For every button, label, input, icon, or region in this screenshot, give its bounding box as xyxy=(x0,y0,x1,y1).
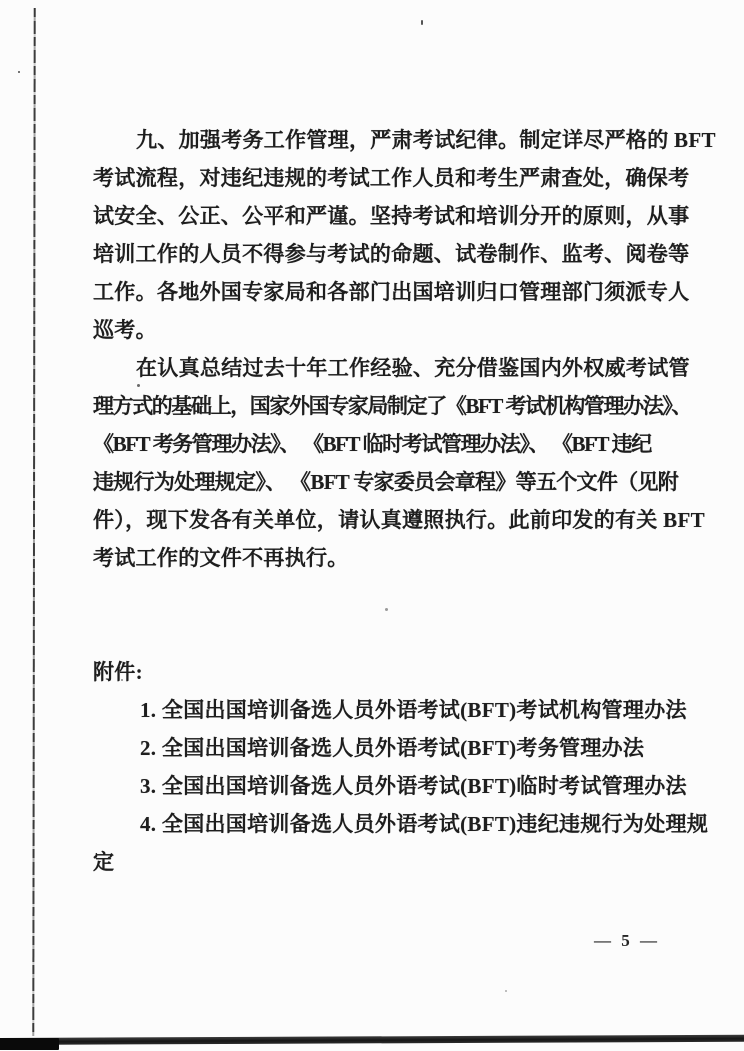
paragraph-line: 培训工作的人员不得参与考试的命题、试卷制作、监考、阅卷等 xyxy=(93,235,705,273)
scan-speck xyxy=(505,990,507,992)
paragraph-line: 违规行为处理规定》、 《BFT 专家委员会章程》等五个文件（见附 xyxy=(93,463,705,501)
scan-bottom-corner xyxy=(0,1038,59,1050)
paragraph-line: 考试流程，对违纪违规的考试工作人员和考生严肃查处，确保考 xyxy=(93,159,705,197)
attachments-label: 附件: xyxy=(93,653,705,691)
scan-bottom-edge xyxy=(0,1035,744,1045)
page-number: — 5 — xyxy=(594,931,660,951)
scan-edge-line xyxy=(32,8,35,1036)
attachment-item-continuation: 定 xyxy=(93,843,705,881)
scan-speck xyxy=(18,71,20,73)
paragraph-line: 考试工作的文件不再执行。 xyxy=(93,539,705,577)
attachment-item: 4. 全国出国培训备选人员外语考试(BFT)违纪违规行为处理规 xyxy=(93,805,705,843)
attachment-item: 3. 全国出国培训备选人员外语考试(BFT)临时考试管理办法 xyxy=(93,767,705,805)
document-body: 九、加强考务工作管理，严肃考试纪律。制定详尽严格的 BFT 考试流程，对违纪违规… xyxy=(93,121,705,881)
paragraph-line: 九、加强考务工作管理，严肃考试纪律。制定详尽严格的 BFT xyxy=(93,121,705,159)
paragraph-line: 在认真总结过去十年工作经验、充分借鉴国内外权威考试管 xyxy=(93,349,705,387)
attachment-item: 1. 全国出国培训备选人员外语考试(BFT)考试机构管理办法 xyxy=(93,691,705,729)
attachment-item: 2. 全国出国培训备选人员外语考试(BFT)考务管理办法 xyxy=(93,729,705,767)
scanned-document-page: 九、加强考务工作管理，严肃考试纪律。制定详尽严格的 BFT 考试流程，对违纪违规… xyxy=(0,0,744,1051)
paragraph-line: 理方式的基础上，国家外国专家局制定了《BFT 考试机构管理办法》、 xyxy=(93,387,705,425)
paragraph-regulations-issued: 在认真总结过去十年工作经验、充分借鉴国内外权威考试管 理方式的基础上，国家外国专… xyxy=(93,349,705,577)
paragraph-line: 巡考。 xyxy=(93,311,705,349)
paragraph-line: 试安全、公正、公平和严谨。坚持考试和培训分开的原则，从事 xyxy=(93,197,705,235)
attachments-section: 附件: 1. 全国出国培训备选人员外语考试(BFT)考试机构管理办法 2. 全国… xyxy=(93,653,705,881)
paragraph-exam-discipline: 九、加强考务工作管理，严肃考试纪律。制定详尽严格的 BFT 考试流程，对违纪违规… xyxy=(93,121,705,349)
paragraph-line: 工作。各地外国专家局和各部门出国培训归口管理部门须派专人 xyxy=(93,273,705,311)
scan-speck xyxy=(421,20,423,25)
paragraph-line: 件），现下发各有关单位，请认真遵照执行。此前印发的有关 BFT xyxy=(93,501,705,539)
paragraph-line: 《BFT 考务管理办法》、 《BFT 临时考试管理办法》、 《BFT 违纪 xyxy=(93,425,705,463)
